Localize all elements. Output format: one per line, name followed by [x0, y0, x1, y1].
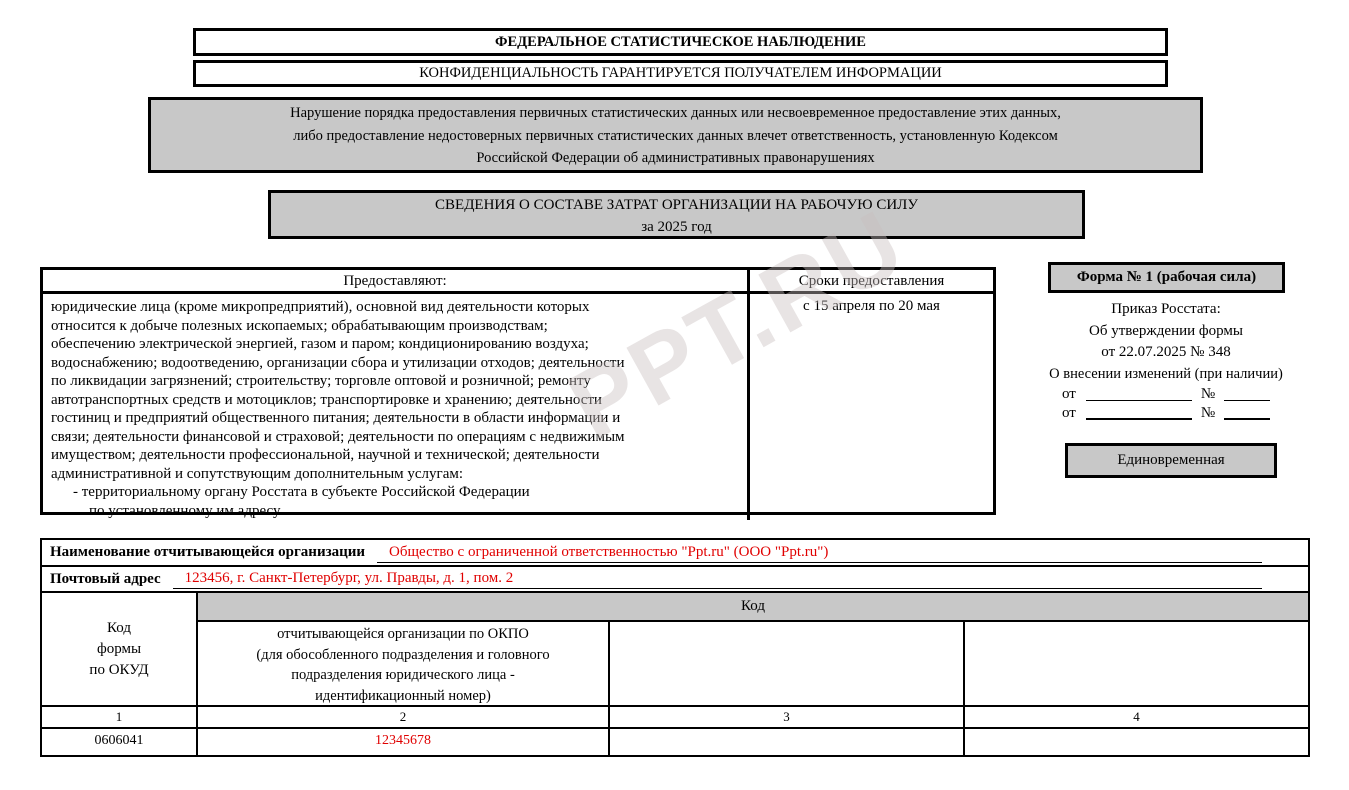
column-number-3: 3: [610, 707, 965, 729]
from-label-2: от: [1062, 405, 1076, 422]
violation-warning-box: Нарушение порядка предоставления первичн…: [148, 97, 1203, 173]
column-number-1: 1: [42, 707, 198, 729]
amendment-number-field-2[interactable]: [1224, 418, 1270, 420]
number-label-1: №: [1201, 386, 1215, 403]
amendment-date-field-2[interactable]: [1086, 418, 1192, 420]
amendment-row-2: от №: [1062, 403, 1288, 422]
from-label-1: от: [1062, 386, 1076, 403]
recipient-line-2: по установленному им адресу: [51, 502, 739, 521]
postal-address-label: Почтовый адрес: [50, 571, 161, 588]
okpo-code-value[interactable]: 12345678: [198, 729, 610, 755]
form-number-box: Форма № 1 (рабочая сила): [1048, 262, 1285, 293]
amendment-number-field-1[interactable]: [1224, 400, 1270, 401]
providers-description: юридические лица (кроме микропредприятий…: [51, 298, 739, 483]
number-label-2: №: [1201, 405, 1215, 422]
organization-name-row: Наименование отчитывающейся организации …: [42, 540, 1308, 567]
periodicity-box: Единовременная: [1065, 443, 1277, 478]
federal-observation-header: ФЕДЕРАЛЬНОЕ СТАТИСТИЧЕСКОЕ НАБЛЮДЕНИЕ: [193, 28, 1168, 56]
order-date: от 22.07.2025 № 348: [1036, 342, 1296, 364]
code-column-4-value[interactable]: [965, 729, 1308, 755]
confidentiality-header-text: КОНФИДЕНЦИАЛЬНОСТЬ ГАРАНТИРУЕТСЯ ПОЛУЧАТ…: [419, 65, 942, 82]
amendments-title: О внесении изменений (при наличии): [1036, 364, 1296, 386]
amendment-date-field-1[interactable]: [1086, 400, 1192, 401]
postal-address-row: Почтовый адрес 123456, г. Санкт-Петербур…: [42, 567, 1308, 593]
providers-column-header: Предоставляют:: [43, 270, 750, 294]
column-number-4: 4: [965, 707, 1308, 729]
federal-observation-header-text: ФЕДЕРАЛЬНОЕ СТАТИСТИЧЕСКОЕ НАБЛЮДЕНИЕ: [495, 34, 866, 51]
statistical-form-page: PPT.RU ФЕДЕРАЛЬНОЕ СТАТИСТИЧЕСКОЕ НАБЛЮД…: [0, 0, 1349, 790]
form-title: СВЕДЕНИЯ О СОСТАВЕ ЗАТРАТ ОРГАНИЗАЦИИ НА…: [271, 194, 1082, 216]
rosstat-order-block: Приказ Росстата: Об утверждении формы от…: [1036, 299, 1296, 385]
column-number-2: 2: [198, 707, 610, 729]
deadline-column-header: Сроки предоставления: [750, 270, 993, 294]
form-title-box: СВЕДЕНИЯ О СОСТАВЕ ЗАТРАТ ОРГАНИЗАЦИИ НА…: [268, 190, 1085, 239]
code-column-3-value[interactable]: [610, 729, 965, 755]
organization-code-table: Наименование отчитывающейся организации …: [40, 538, 1310, 757]
order-title: Приказ Росстата:: [1036, 299, 1296, 321]
code-column-3-header: [610, 622, 965, 707]
recipient-line-1: - территориальному органу Росстата в суб…: [51, 483, 739, 502]
amendment-row-1: от №: [1062, 384, 1288, 403]
okpo-header: отчитывающейся организации по ОКПО (для …: [198, 622, 610, 707]
form-period: за 2025 год: [271, 216, 1082, 238]
confidentiality-header: КОНФИДЕНЦИАЛЬНОСТЬ ГАРАНТИРУЕТСЯ ПОЛУЧАТ…: [193, 60, 1168, 87]
okud-form-code-label: Код формы по ОКУД: [42, 593, 198, 707]
providers-table: Предоставляют: Сроки предоставления юрид…: [40, 267, 996, 515]
order-about: Об утверждении формы: [1036, 321, 1296, 343]
providers-cell: юридические лица (кроме микропредприятий…: [43, 294, 750, 520]
organization-name-label: Наименование отчитывающейся организации: [50, 544, 365, 561]
deadline-value: с 15 апреля по 20 мая: [750, 294, 993, 520]
okud-code-value: 0606041: [42, 729, 198, 755]
code-header: Код: [198, 593, 1308, 622]
code-column-4-header: [965, 622, 1308, 707]
postal-address-value[interactable]: 123456, г. Санкт-Петербург, ул. Правды, …: [173, 568, 1262, 589]
organization-name-value[interactable]: Общество с ограниченной ответственностью…: [377, 542, 1262, 563]
